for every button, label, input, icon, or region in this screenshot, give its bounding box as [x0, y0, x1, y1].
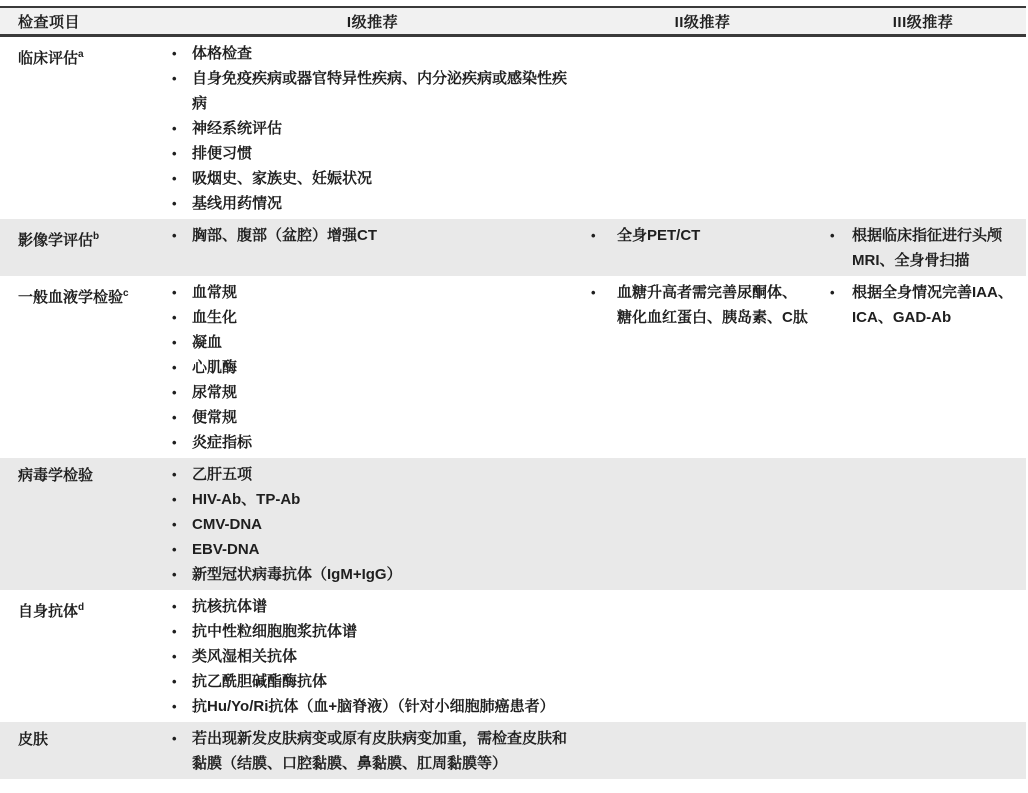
- item-text: 抗Hu/Yo/Ri抗体（血+脑脊液）（针对小细胞肺癌患者）: [192, 694, 575, 719]
- item-text: 全身PET/CT: [617, 223, 810, 248]
- item-text: 类风湿相关抗体: [192, 644, 575, 669]
- cell-level2: [585, 594, 820, 719]
- bullet-item: •全身PET/CT: [585, 223, 810, 248]
- cell-level2: •全身PET/CT: [585, 223, 820, 273]
- bullet-icon: •: [160, 644, 192, 669]
- bullet-icon: •: [160, 430, 192, 455]
- bullet-item: •抗Hu/Yo/Ri抗体（血+脑脊液）（针对小细胞肺癌患者）: [160, 694, 575, 719]
- item-text: 新型冠状病毒抗体（IgM+IgG）: [192, 562, 575, 587]
- bullet-item: •吸烟史、家族史、妊娠状况: [160, 166, 575, 191]
- bullet-item: •心肌酶: [160, 355, 575, 380]
- category-label: 皮肤: [0, 726, 160, 776]
- bullet-icon: •: [160, 594, 192, 619]
- cell-level2: [585, 41, 820, 216]
- column-header-level2-recommendation: II级推荐: [585, 11, 820, 32]
- item-text: 血常规: [192, 280, 575, 305]
- cell-level3: [820, 594, 1026, 719]
- bullet-icon: •: [160, 305, 192, 330]
- cell-level3: [820, 726, 1026, 776]
- bullet-item: •类风湿相关抗体: [160, 644, 575, 669]
- item-text: 尿常规: [192, 380, 575, 405]
- bullet-item: •新型冠状病毒抗体（IgM+IgG）: [160, 562, 575, 587]
- bullet-icon: •: [160, 669, 192, 694]
- bullet-item: •EBV-DNA: [160, 537, 575, 562]
- cell-level1: •体格检查•自身免疫疾病或器官特异性疾病、内分泌疾病或感染性疾病•神经系统评估•…: [160, 41, 585, 216]
- cell-level3: •根据全身情况完善IAA、ICA、GAD-Ab: [820, 280, 1026, 455]
- cell-level3: •根据临床指征进行头颅MRI、全身骨扫描: [820, 223, 1026, 273]
- bullet-item: •凝血: [160, 330, 575, 355]
- bullet-item: •体格检查: [160, 41, 575, 66]
- bullet-item: •排便习惯: [160, 141, 575, 166]
- cell-level3: [820, 462, 1026, 587]
- table-row: 影像学评估b •胸部、腹部（盆腔）增强CT •全身PET/CT •根据临床指征进…: [0, 219, 1026, 276]
- bullet-item: •炎症指标: [160, 430, 575, 455]
- item-text: 若出现新发皮肤病变或原有皮肤病变加重，需检查皮肤和黏膜（结膜、口腔黏膜、鼻黏膜、…: [192, 726, 575, 776]
- bullet-icon: •: [160, 380, 192, 405]
- bullet-icon: •: [160, 280, 192, 305]
- item-text: 乙肝五项: [192, 462, 575, 487]
- bullet-item: •HIV-Ab、TP-Ab: [160, 487, 575, 512]
- table-row: 临床评估a •体格检查•自身免疫疾病或器官特异性疾病、内分泌疾病或感染性疾病•神…: [0, 37, 1026, 219]
- item-text: 胸部、腹部（盆腔）增强CT: [192, 223, 575, 248]
- bullet-icon: •: [160, 116, 192, 141]
- category-label: 自身抗体d: [0, 594, 160, 719]
- item-text: 根据临床指征进行头颅MRI、全身骨扫描: [852, 223, 1016, 273]
- item-text: 排便习惯: [192, 141, 575, 166]
- bullet-item: •自身免疫疾病或器官特异性疾病、内分泌疾病或感染性疾病: [160, 66, 575, 116]
- footnote-marker: a: [78, 49, 84, 60]
- column-header-examination-item: 检查项目: [0, 11, 160, 32]
- table-body: 临床评估a •体格检查•自身免疫疾病或器官特异性疾病、内分泌疾病或感染性疾病•神…: [0, 37, 1026, 779]
- bullet-icon: •: [160, 41, 192, 66]
- cell-level1: •血常规•血生化•凝血•心肌酶•尿常规•便常规•炎症指标: [160, 280, 585, 455]
- bullet-icon: •: [160, 355, 192, 380]
- item-text: 神经系统评估: [192, 116, 575, 141]
- footnote-marker: d: [78, 602, 84, 613]
- item-text: 抗乙酰胆碱酯酶抗体: [192, 669, 575, 694]
- bullet-item: •血生化: [160, 305, 575, 330]
- table-row: 一般血液学检验c •血常规•血生化•凝血•心肌酶•尿常规•便常规•炎症指标 •血…: [0, 276, 1026, 458]
- item-text: 抗中性粒细胞胞浆抗体谱: [192, 619, 575, 644]
- bullet-item: •血常规: [160, 280, 575, 305]
- bullet-icon: •: [160, 191, 192, 216]
- bullet-item: •胸部、腹部（盆腔）增强CT: [160, 223, 575, 248]
- table-row: 皮肤 •若出现新发皮肤病变或原有皮肤病变加重，需检查皮肤和黏膜（结膜、口腔黏膜、…: [0, 722, 1026, 779]
- cell-level1: •抗核抗体谱•抗中性粒细胞胞浆抗体谱•类风湿相关抗体•抗乙酰胆碱酯酶抗体•抗Hu…: [160, 594, 585, 719]
- bullet-icon: •: [160, 619, 192, 644]
- bullet-icon: •: [160, 537, 192, 562]
- cell-level2: [585, 726, 820, 776]
- bullet-icon: •: [160, 512, 192, 537]
- bullet-item: •便常规: [160, 405, 575, 430]
- cell-level2: •血糖升高者需完善尿酮体、糖化血红蛋白、胰岛素、C肽: [585, 280, 820, 455]
- item-text: 根据全身情况完善IAA、ICA、GAD-Ab: [852, 280, 1016, 330]
- examination-table: 检查项目 I级推荐 II级推荐 III级推荐 临床评估a •体格检查•自身免疫疾…: [0, 6, 1026, 779]
- column-header-level3-recommendation: III级推荐: [820, 11, 1026, 32]
- item-text: 体格检查: [192, 41, 575, 66]
- item-text: EBV-DNA: [192, 537, 575, 562]
- table-row: 病毒学检验 •乙肝五项•HIV-Ab、TP-Ab•CMV-DNA•EBV-DNA…: [0, 458, 1026, 590]
- bullet-item: •根据全身情况完善IAA、ICA、GAD-Ab: [820, 280, 1016, 330]
- bullet-item: •基线用药情况: [160, 191, 575, 216]
- bullet-icon: •: [160, 223, 192, 248]
- cell-level3: [820, 41, 1026, 216]
- bullet-icon: •: [160, 694, 192, 719]
- cell-level1: •若出现新发皮肤病变或原有皮肤病变加重，需检查皮肤和黏膜（结膜、口腔黏膜、鼻黏膜…: [160, 726, 585, 776]
- cell-level1: •乙肝五项•HIV-Ab、TP-Ab•CMV-DNA•EBV-DNA•新型冠状病…: [160, 462, 585, 587]
- bullet-icon: •: [160, 726, 192, 751]
- item-text: 基线用药情况: [192, 191, 575, 216]
- bullet-icon: •: [160, 141, 192, 166]
- bullet-icon: •: [160, 462, 192, 487]
- bullet-icon: •: [160, 330, 192, 355]
- bullet-item: •血糖升高者需完善尿酮体、糖化血红蛋白、胰岛素、C肽: [585, 280, 810, 330]
- item-text: 凝血: [192, 330, 575, 355]
- item-text: CMV-DNA: [192, 512, 575, 537]
- table-row: 自身抗体d •抗核抗体谱•抗中性粒细胞胞浆抗体谱•类风湿相关抗体•抗乙酰胆碱酯酶…: [0, 590, 1026, 722]
- category-label: 一般血液学检验c: [0, 280, 160, 455]
- category-label: 临床评估a: [0, 41, 160, 216]
- footnote-marker: b: [93, 231, 99, 242]
- bullet-item: •若出现新发皮肤病变或原有皮肤病变加重，需检查皮肤和黏膜（结膜、口腔黏膜、鼻黏膜…: [160, 726, 575, 776]
- bullet-icon: •: [820, 223, 852, 248]
- cell-level1: •胸部、腹部（盆腔）增强CT: [160, 223, 585, 273]
- bullet-icon: •: [160, 487, 192, 512]
- bullet-item: •根据临床指征进行头颅MRI、全身骨扫描: [820, 223, 1016, 273]
- bullet-icon: •: [585, 223, 617, 248]
- item-text: 便常规: [192, 405, 575, 430]
- column-header-level1-recommendation: I级推荐: [160, 11, 585, 32]
- footnote-marker: c: [123, 288, 129, 299]
- item-text: 自身免疫疾病或器官特异性疾病、内分泌疾病或感染性疾病: [192, 66, 575, 116]
- bullet-item: •尿常规: [160, 380, 575, 405]
- item-text: 吸烟史、家族史、妊娠状况: [192, 166, 575, 191]
- item-text: 抗核抗体谱: [192, 594, 575, 619]
- bullet-item: •抗核抗体谱: [160, 594, 575, 619]
- bullet-icon: •: [160, 562, 192, 587]
- item-text: 炎症指标: [192, 430, 575, 455]
- cell-level2: [585, 462, 820, 587]
- bullet-icon: •: [820, 280, 852, 305]
- bullet-item: •抗中性粒细胞胞浆抗体谱: [160, 619, 575, 644]
- bullet-item: •乙肝五项: [160, 462, 575, 487]
- category-label: 病毒学检验: [0, 462, 160, 587]
- item-text: 血生化: [192, 305, 575, 330]
- table-header-row: 检查项目 I级推荐 II级推荐 III级推荐: [0, 6, 1026, 37]
- bullet-icon: •: [585, 280, 617, 305]
- bullet-item: •神经系统评估: [160, 116, 575, 141]
- bullet-item: •CMV-DNA: [160, 512, 575, 537]
- category-label: 影像学评估b: [0, 223, 160, 273]
- bullet-icon: •: [160, 405, 192, 430]
- item-text: 血糖升高者需完善尿酮体、糖化血红蛋白、胰岛素、C肽: [617, 280, 810, 330]
- item-text: HIV-Ab、TP-Ab: [192, 487, 575, 512]
- item-text: 心肌酶: [192, 355, 575, 380]
- bullet-icon: •: [160, 166, 192, 191]
- bullet-icon: •: [160, 66, 192, 91]
- bullet-item: •抗乙酰胆碱酯酶抗体: [160, 669, 575, 694]
